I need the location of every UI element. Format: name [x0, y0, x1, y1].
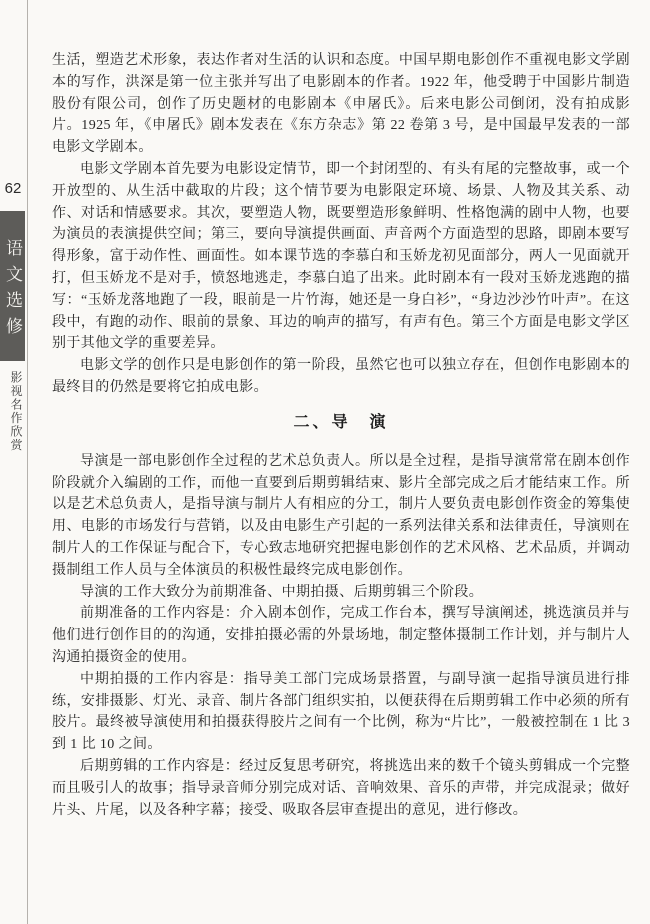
page-content: 生活，塑造艺术形象，表达作者对生活的认识和态度。中国早期电影创作不重视电影文学剧… [52, 50, 630, 821]
page-number: 62 [0, 180, 26, 197]
paragraph-director-three-stages: 导演的工作大致分为前期准备、中期拍摄、后期剪辑三个阶段。 [52, 582, 630, 604]
paragraph-screenwriting-history: 生活，塑造艺术形象，表达作者对生活的认识和态度。中国早期电影创作不重视电影文学剧… [52, 50, 630, 159]
series-title-vertical: 语文选修 [0, 239, 25, 343]
paragraph-preproduction: 前期准备的工作内容是：介入剧本创作，完成工作台本，撰写导演阐述，挑选演员并与他们… [52, 603, 630, 668]
paragraph-postproduction: 后期剪辑的工作内容是：经过反复思考研究，将挑选出来的数千个镜头剪辑成一个完整而且… [52, 756, 630, 821]
paragraph-screenplay-functions: 电影文学剧本首先要为电影设定情节，即一个封闭型的、有头有尾的完整故事，或一个开放… [52, 159, 630, 355]
textbook-page: 62 语文选修 影视名作欣赏 生活，塑造艺术形象，表达作者对生活的认识和态度。中… [0, 0, 650, 924]
paragraph-director-role: 导演是一部电影创作全过程的艺术总负责人。所以是全过程，是指导演常常在剧本创作阶段… [52, 451, 630, 582]
paragraph-production: 中期拍摄的工作内容是：指导美工部门完成场景搭置，与副导演一起指导演员进行排练，安… [52, 669, 630, 756]
paragraph-screenplay-first-stage: 电影文学的创作只是电影创作的第一阶段，虽然它也可以独立存在，但创作电影剧本的最终… [52, 355, 630, 399]
book-title-vertical: 影视名作欣赏 [8, 371, 25, 452]
section-heading-director: 二、导 演 [52, 412, 630, 434]
series-title-block: 语文选修 [0, 211, 25, 361]
margin-rule [27, 0, 28, 924]
